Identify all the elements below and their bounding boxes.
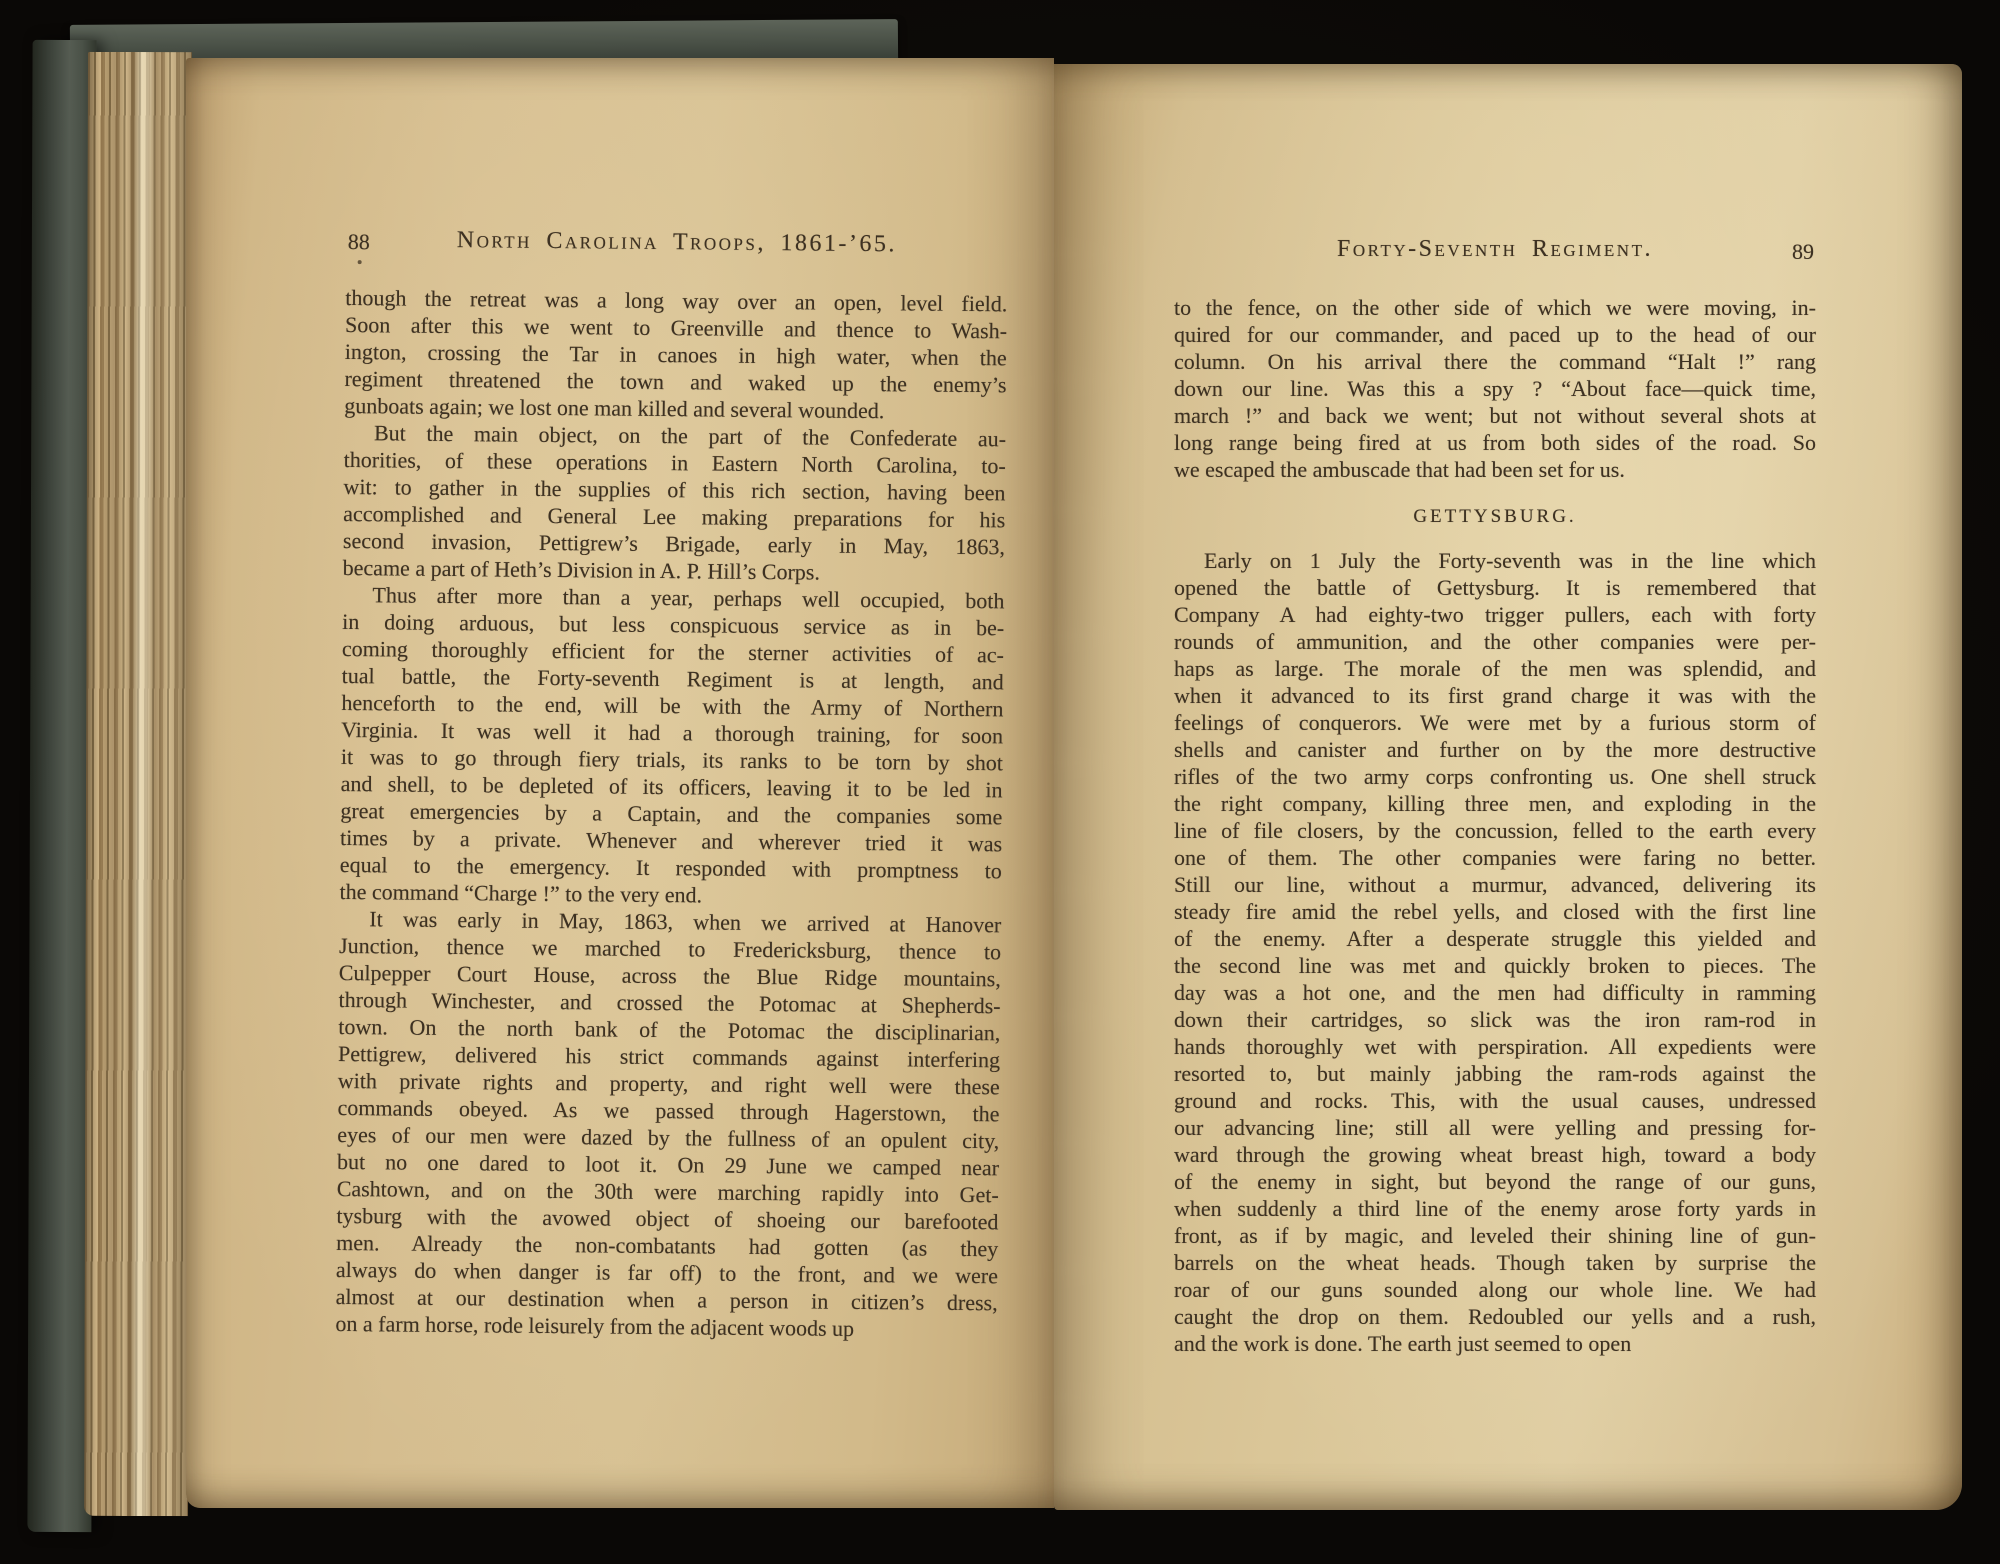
section-heading: GETTYSBURG. (1174, 503, 1816, 530)
text-line: roar of our guns sounded along our whole… (1174, 1276, 1816, 1303)
text-line: shells and canister and further on by th… (1174, 736, 1816, 763)
right-running-head: Forty-Seventh Regiment. 89 (1174, 236, 1816, 266)
text-line: march !” and back we went; but not witho… (1174, 402, 1816, 429)
paragraph: to the fence, on the other side of which… (1174, 294, 1816, 483)
text-line: barrels on the wheat heads. Though taken… (1174, 1249, 1816, 1276)
text-line: to the fence, on the other side of which… (1174, 294, 1816, 321)
text-line: caught the drop on them. Redoubled our y… (1174, 1303, 1816, 1330)
left-running-title: North Carolina Troops, 1861-’65. (457, 227, 897, 257)
right-page-text-column: Forty-Seventh Regiment. 89 to the fence,… (1174, 236, 1816, 1357)
text-line: ward through the growing wheat breast hi… (1174, 1141, 1816, 1168)
paragraph: It was early in May, 1863, when we arriv… (335, 905, 1001, 1343)
text-line: one of them. The other companies were fa… (1174, 844, 1816, 871)
text-line: we escaped the ambuscade that had been s… (1174, 456, 1816, 483)
text-line: the second line was met and quickly brok… (1174, 952, 1816, 979)
text-line: of the enemy in sight, but beyond the ra… (1174, 1168, 1816, 1195)
text-line: and the work is done. The earth just see… (1174, 1330, 1816, 1357)
page-stack-fore-edge (84, 52, 192, 1516)
text-line: Company A had eighty-two trigger pullers… (1174, 601, 1816, 628)
text-line: feelings of conquerors. We were met by a… (1174, 709, 1816, 736)
text-line: front, as if by magic, and leveled their… (1174, 1222, 1816, 1249)
text-line: Early on 1 July the Forty-seventh was in… (1174, 547, 1816, 574)
text-line: Still our line, without a murmur, advanc… (1174, 871, 1816, 898)
text-line: our advancing line; still all were yelli… (1174, 1114, 1816, 1141)
paragraph: Early on 1 July the Forty-seventh was in… (1174, 547, 1816, 1357)
text-line: hands thoroughly wet with perspiration. … (1174, 1033, 1816, 1060)
left-running-head: 88 North Carolina Troops, 1861-’65. (346, 226, 1008, 262)
right-page: Forty-Seventh Regiment. 89 to the fence,… (1054, 64, 1962, 1510)
text-line: ground and rocks. This, with the usual c… (1174, 1087, 1816, 1114)
text-line: when suddenly a third line of the enemy … (1174, 1195, 1816, 1222)
ink-speck (358, 260, 362, 264)
text-line: when it advanced to its first grand char… (1174, 682, 1816, 709)
right-page-number: 89 (1792, 238, 1814, 265)
text-line: opened the battle of Gettysburg. It is r… (1174, 574, 1816, 601)
text-line: day was a hot one, and the men had diffi… (1174, 979, 1816, 1006)
text-line: down our line. Was this a spy ? “About f… (1174, 375, 1816, 402)
right-running-title: Forty-Seventh Regiment. (1337, 236, 1653, 262)
paragraph: But the main object, on the part of the … (343, 419, 1007, 587)
text-line: quired for our commander, and paced up t… (1174, 321, 1816, 348)
text-line: rounds of ammunition, and the other comp… (1174, 628, 1816, 655)
text-line: of the enemy. After a desperate struggle… (1174, 925, 1816, 952)
text-line: column. On his arrival there the command… (1174, 348, 1816, 375)
left-page-text-column: 88 North Carolina Troops, 1861-’65. thou… (335, 226, 1008, 1343)
paragraph: Thus after more than a year, perhaps wel… (339, 581, 1004, 911)
text-line: steady fire amid the rebel yells, and cl… (1174, 898, 1816, 925)
text-line: resorted to, but mainly jabbing the ram-… (1174, 1060, 1816, 1087)
text-line: haps as large. The morale of the men was… (1174, 655, 1816, 682)
text-line: the right company, killing three men, an… (1174, 790, 1816, 817)
left-page: 88 North Carolina Troops, 1861-’65. thou… (186, 58, 1054, 1508)
text-line: long range being fired at us from both s… (1174, 429, 1816, 456)
right-page-body: to the fence, on the other side of which… (1174, 294, 1816, 1357)
left-page-body: though the retreat was a long way over a… (335, 284, 1007, 1343)
text-line: line of file closers, by the concussion,… (1174, 817, 1816, 844)
text-line: down their cartridges, so slick was the … (1174, 1006, 1816, 1033)
paragraph: though the retreat was a long way over a… (344, 284, 1007, 425)
book-scan: 88 North Carolina Troops, 1861-’65. thou… (0, 0, 2000, 1564)
left-page-number: 88 (348, 228, 370, 255)
text-line: rifles of the two army corps confronting… (1174, 763, 1816, 790)
